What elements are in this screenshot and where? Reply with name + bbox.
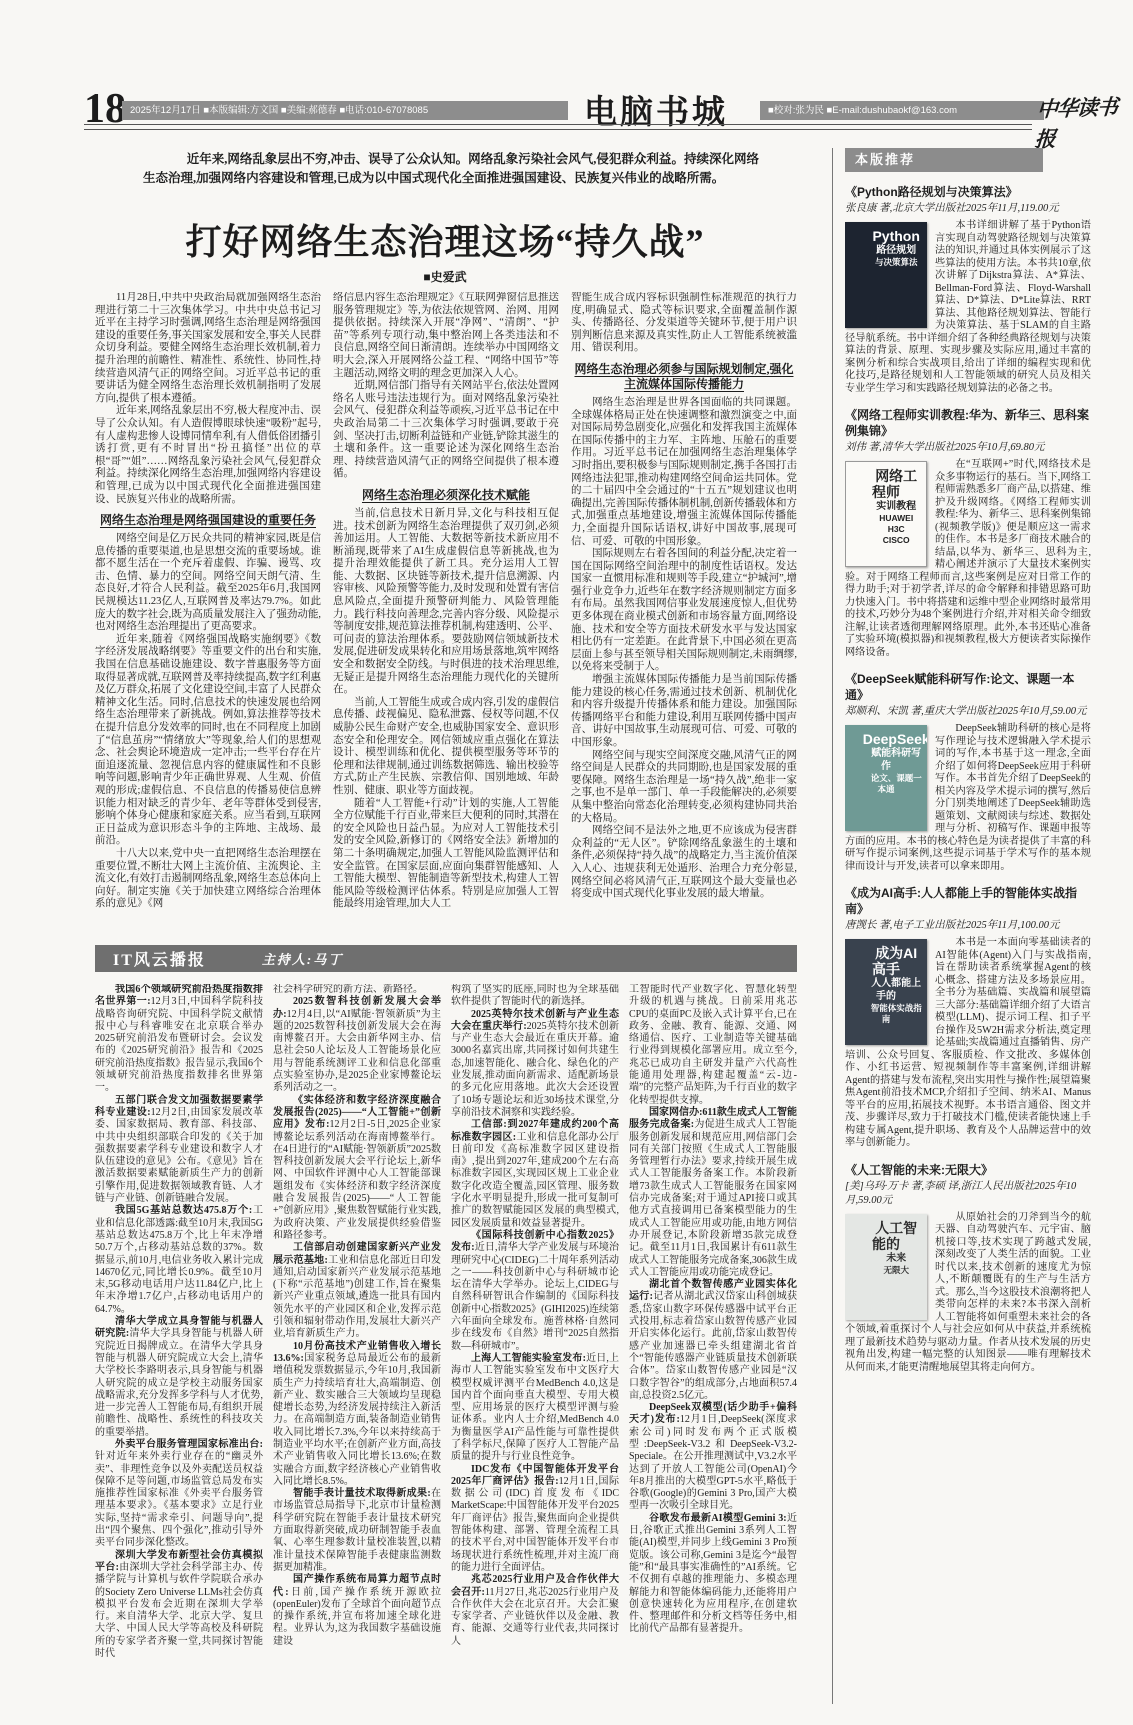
book-cover-text: 网络工程师: [850, 468, 922, 500]
news-item: 外卖平台服务管理国家标准出台:针对近年来外卖行业存在的“幽灵外卖”、非理性竞争以…: [95, 1439, 263, 1550]
book-cover: 人工智能的未来无限大: [845, 1214, 927, 1320]
book-entry: 《人工智能的未来:无限大》[美]乌玛·万卡 著,李硕 译,浙江人民出版社2025…: [845, 1162, 1091, 1375]
news-item-headline: 《国际科技创新中心指数2025》发布:: [451, 1230, 619, 1253]
news-item-headline: 我国5G基站总数达475.8万个:: [115, 1205, 252, 1216]
header-rule: [84, 124, 1032, 130]
news-item-headline: 2025英特尔技术创新与产业生态大会在重庆举行:: [451, 1009, 619, 1032]
book-cover-text: 未来: [866, 1252, 906, 1265]
book-cover-text: 无限大: [863, 1265, 909, 1276]
book-cover-text: 智能体实战指南: [849, 1003, 923, 1025]
book-cover-text: 实训教程: [856, 500, 916, 513]
news-item-headline: IDC发布《中国智能体开发平台2025年厂商评估》报告:: [451, 1464, 619, 1487]
news-item: 国家网信办:611款生成式人工智能服务完成备案:为促进生成式人工智能服务创新发展…: [629, 1107, 797, 1279]
article-section-heading: 网络生态治理必须参与国际规划制定,强化主流媒体国际传播能力: [571, 362, 797, 392]
book-title: 《Python路径规划与决策算法》: [845, 184, 1091, 200]
article-paragraph: 11月28日,中共中央政治局就加强网络生态治理进行第二十三次集体学习。中共中央总…: [95, 292, 321, 405]
news-item: 工信部启动创建国家新兴产业发展示范基地:工业和信息化部近日印发通知,启动国家新兴…: [273, 1242, 441, 1340]
news-item: 我国5G基站总数达475.8万个:工业和信息化部透露:截至10月末,我国5G基站…: [95, 1205, 263, 1316]
news-item: 智能手表计量技术取得新成果:在市场监管总局指导下,北京市计量检测科学研究院在智能…: [273, 1488, 441, 1574]
article-paragraph: 网络空间与现实空间深度交融,风清气正的网络空间是人民群众的共同期盼,也是国家发展…: [571, 750, 797, 826]
it-news-bar: IT风云播报 主持人:马丁: [95, 945, 797, 972]
news-item-headline: 智能手表计量技术取得新成果:: [293, 1488, 431, 1499]
news-item-headline: 谷歌发布最新AI模型Gemini 3:: [649, 1513, 787, 1524]
article-paragraph: 智能生成合成内容标识强制性标准规范的执行力度,明确显式、隐式等标识要求,全面覆盖…: [571, 292, 797, 355]
book-cover: Python路径规划与决策算法: [845, 222, 927, 328]
news-item: 清华大学成立具身智能与机器人研究院:清华大学具身智能与机器人研究院近日揭牌成立。…: [95, 1316, 263, 1439]
article-paragraph: 网络生态治理是世界各国面临的共同课题。全球媒体格局正处在快速调整和激烈演变之中,…: [571, 397, 797, 548]
article-column: 智能生成合成内容标识强制性标准规范的执行力度,明确显式、隐式等标识要求,全面覆盖…: [571, 292, 797, 940]
news-item: 深圳大学发布新型社会仿真模拟平台:由深圳大学社会科学部主办、传播学院与计算机与软…: [95, 1550, 263, 1661]
sidebar-header: 本版推荐: [845, 148, 1043, 172]
newspaper-page: 18 2025年12月17日 ■本版编辑:方文国 ■美编:郝德春 ■电话:010…: [0, 0, 1133, 1725]
book-entry: 《Python路径规划与决策算法》张良康 著,北京大学出版社2025年11月,1…: [845, 184, 1091, 395]
news-column: 工智能时代产业数字化、智慧化转型升级的机遇与挑战。日前采用兆芯CPU的桌面PC及…: [629, 984, 797, 1710]
book-title: 《DeepSeek赋能科研写作:论文、课题一本通》: [845, 671, 1091, 703]
news-item-headline: 我国6个领域研究前沿热度指数排名世界第一:: [95, 984, 263, 1007]
news-item: 2025数智科技创新发展大会举办:12月4日,以“AI赋能·智领新质”为主题的2…: [273, 996, 441, 1094]
book-cover-text: 与决策算法: [855, 257, 918, 268]
sidebar: 本版推荐 《Python路径规划与决策算法》张良康 著,北京大学出版社2025年…: [845, 148, 1091, 1708]
article-paragraph: 近年来,随着《网络强国战略实施纲要》《数字经济发展战略纲要》等重要文件的出台和实…: [95, 634, 321, 848]
article-paragraph: 国际规则左右着各国间的利益分配,决定着一国在国际网络空间治理中的制度性话语权。发…: [571, 548, 797, 674]
book-entry: 《成为AI高手:人人都能上手的智能体实战指南》唐觊长 著,电子工业出版社2025…: [845, 885, 1091, 1150]
news-item: 湖北首个数智传感产业园实体化运行:记者从湖北武汉岱家山科创城获悉,岱家山数字环保…: [629, 1279, 797, 1402]
book-title: 《人工智能的未来:无限大》: [845, 1162, 1091, 1178]
news-item: 我国6个领域研究前沿热度指数排名世界第一:12月3日,中国科学院科技战略咨询研究…: [95, 984, 263, 1095]
book-cover-text: CISCO: [862, 535, 909, 546]
article-paragraph: 随着“人工智能+行动”计划的实施,人工智能全方位赋能千行百业,带来巨大便利的同时…: [333, 798, 559, 911]
news-item-headline: 10月份高技术产业销售收入增长13.6%:: [273, 1341, 441, 1364]
news-item: DeepSeek双模型(话少助手+偏科天才)发布:12月1日,DeepSeek(…: [629, 1402, 797, 1513]
news-item: 兆芯2025行业用户及合作伙伴大会召开:11月27日,兆芯2025行业用户及合作…: [451, 1574, 619, 1648]
proof-email-bar: ■校对:张为民 ■E-mail:dushubaokf@163.com: [760, 101, 1044, 120]
book-cover-text: 论文、课题一本通: [849, 773, 923, 795]
news-item-headline: 湖北首个数智传感产业园实体化运行:: [629, 1279, 797, 1302]
article-column: 11月28日,中共中央政治局就加强网络生态治理进行第二十三次集体学习。中共中央总…: [95, 292, 321, 940]
book-publisher: [美]乌玛·万卡 著,李硕 译,浙江人民出版社2025年10月,59.00元: [845, 1180, 1091, 1208]
book-publisher: 刘伟 著,清华大学出版社2025年10月,69.80元: [845, 441, 1091, 455]
article-headline: 打好网络生态治理这场“持久战”: [90, 214, 800, 265]
book-cover-text: DeepSeek: [845, 731, 927, 747]
article-paragraph: 网络空间不是法外之地,更不应该成为侵害群众利益的“无人区”。铲除网络乱象滋生的土…: [571, 825, 797, 901]
book-cover-text: 成为AI高手: [849, 945, 923, 977]
article-section-heading: 网络生态治理必须深化技术赋能: [333, 488, 559, 503]
news-item: 《国际科技创新中心指数2025》发布:近日,清华大学产业发展与环境治理研究中心(…: [451, 1230, 619, 1353]
book-cover: DeepSeek赋能科研写作论文、课题一本通: [845, 725, 927, 831]
date-editor-bar: 2025年12月17日 ■本版编辑:方文国 ■美编:郝德春 ■电话:010-67…: [122, 101, 568, 120]
article-paragraph: 网络空间是亿万民众共同的精神家园,既是信息传播的重要渠道,也是思想交流的重要场域…: [95, 533, 321, 634]
book-publisher: 张良康 著,北京大学出版社2025年11月,119.00元: [845, 202, 1091, 216]
news-item: 2025英特尔技术创新与产业生态大会在重庆举行:2025英特尔技术创新与产业生态…: [451, 1009, 619, 1120]
news-item-headline: 国家网信办:611款生成式人工智能服务完成备案:: [629, 1107, 797, 1130]
it-news-host: 主持人:马丁: [262, 949, 343, 968]
article-section-heading: 网络生态治理是网络强国建设的重要任务: [95, 513, 321, 528]
news-item: 工信部:到2027年建成约200个高标准数字园区:工业和信息化部办公厅日前印发《…: [451, 1119, 619, 1230]
book-cover-text: 路径规划: [856, 244, 916, 257]
article-paragraph: 十八大以来,党中央一直把网络生态治理摆在重要位置,不断壮大网上主流价值、主流舆论…: [95, 848, 321, 911]
book-cover-text: H3C: [867, 524, 904, 535]
book-publisher: 唐觊长 著,电子工业出版社2025年11月,100.00元: [845, 919, 1091, 933]
news-item-headline: 《实体经济和数字经济深度融合发展报告(2025)——“人工智能+”创新应用》发布…: [273, 1095, 441, 1131]
article-paragraph: 近年来,网络乱象层出不穷,极大程度冲击、误导了公众认知。有人造假博眼球快速“吸粉…: [95, 405, 321, 506]
article-paragraph: 当前,人工智能生成或合成内容,引发的虚假信息传播、歧视偏见、隐私泄露、侵权等问题…: [333, 697, 559, 798]
book-description: 成为AI高手人人都能上手的智能体实战指南本书是一本面向零基础读者的AI智能体(A…: [845, 937, 1091, 1150]
news-item: 谷歌发布最新AI模型Gemini 3:近日,谷歌正式推出Gemini 3系列人工…: [629, 1513, 797, 1636]
news-item: 社会科学研究的新方法、新路径。: [273, 984, 441, 996]
book-list: 《Python路径规划与决策算法》张良康 著,北京大学出版社2025年11月,1…: [845, 184, 1091, 1374]
book-cover-text: 人人都能上手的: [849, 977, 923, 1003]
news-item-headline: 兆芯2025行业用户及合作伙伴大会召开:: [451, 1574, 619, 1597]
news-item-headline: 深圳大学发布新型社会仿真模拟平台:: [95, 1550, 263, 1573]
book-description: Python路径规划与决策算法本书详细讲解了基于Python语言实现自动驾驶路径…: [845, 220, 1091, 395]
book-cover: 成为AI高手人人都能上手的智能体实战指南: [845, 939, 927, 1045]
news-item: 工智能时代产业数字化、智慧化转型升级的机遇与挑战。日前采用兆芯CPU的桌面PC及…: [629, 984, 797, 1107]
book-entry: 《DeepSeek赋能科研写作:论文、课题一本通》郑顺利、宋凯 著,重庆大学出版…: [845, 671, 1091, 873]
book-publisher: 郑顺利、宋凯 著,重庆大学出版社2025年10月,59.00元: [845, 705, 1091, 719]
article-byline: ■史爱武: [90, 268, 800, 285]
news-column: 社会科学研究的新方法、新路径。2025数智科技创新发展大会举办:12月4日,以“…: [273, 984, 441, 1710]
news-columns: 我国6个领域研究前沿热度指数排名世界第一:12月3日,中国科学院科技战略咨询研究…: [95, 984, 797, 1710]
news-column: 我国6个领域研究前沿热度指数排名世界第一:12月3日,中国科学院科技战略咨询研究…: [95, 984, 263, 1710]
sidebar-divider: [832, 148, 833, 1704]
article-paragraph: 络信息内容生态治理规定》《互联网弹窗信息推送服务管理规定》等,为依法依规管网、治…: [333, 292, 559, 380]
book-entry: 《网络工程师实训教程:华为、新华三、思科案例集锦》刘伟 著,清华大学出版社202…: [845, 407, 1091, 659]
news-item-headline: 国产操作系统布局算力超节点时代:: [273, 1574, 441, 1597]
book-cover-text: HUAWEI: [859, 513, 913, 524]
book-cover-text: 赋能科研写作: [849, 747, 923, 773]
book-cover-text: 人工智能的: [849, 1220, 923, 1252]
article-paragraph: 近期,网信部门指导有关网站平台,依法处置网络名人账号违法违规行为。面对网络乱象污…: [333, 380, 559, 481]
news-item: 构筑了坚实的底座,同时也为全球基础软件提供了智能时代的新选择。: [451, 984, 619, 1009]
masthead-logo: 中华读书报: [1034, 90, 1133, 153]
news-item-headline: DeepSeek双模型(话少助手+偏科天才)发布:: [629, 1402, 797, 1425]
news-item-headline: 外卖平台服务管理国家标准出台:: [115, 1439, 263, 1450]
news-item: 10月份高技术产业销售收入增长13.6%:国家税务总局最近公布的最新增值税发票数…: [273, 1341, 441, 1489]
news-item: 五部门联合发文加强数据要素学科专业建设:12月2日,由国家发展改革委、国家数据局…: [95, 1095, 263, 1206]
it-news-title: IT风云播报: [113, 947, 206, 970]
news-item-headline: 工信部启动创建国家新兴产业发展示范基地:: [273, 1242, 441, 1265]
news-item: 《实体经济和数字经济深度融合发展报告(2025)——“人工智能+”创新应用》发布…: [273, 1095, 441, 1243]
news-item: IDC发布《中国智能体开发平台2025年厂商评估》报告:12月1日,国际数据公司…: [451, 1464, 619, 1575]
book-description: 网络工程师实训教程HUAWEIH3CCISCO在“互联网+”时代,网络技术是众多…: [845, 459, 1091, 659]
book-cover-text: Python: [852, 228, 920, 244]
news-item-headline: 2025数智科技创新发展大会举办:: [273, 996, 441, 1019]
book-description: 人工智能的未来无限大从原始社会的刀斧到当今的航天器、自动驾驶汽车、元宇宙、脑机接…: [845, 1212, 1091, 1375]
news-item: 国产操作系统布局算力超节点时代:日前,国产操作系统开源欧拉(openEuler)…: [273, 1574, 441, 1648]
news-column: 构筑了坚实的底座,同时也为全球基础软件提供了智能时代的新选择。2025英特尔技术…: [451, 984, 619, 1710]
article-paragraph: 增强主流媒体国际传播能力是当前国际传播能力建设的核心任务,需通过技术创新、机制优…: [571, 674, 797, 750]
book-description: DeepSeek赋能科研写作论文、课题一本通DeepSeek辅助科研的核心是将写…: [845, 723, 1091, 873]
book-title: 《成为AI高手:人人都能上手的智能体实战指南》: [845, 885, 1091, 917]
news-item-headline: 清华大学成立具身智能与机器人研究院:: [95, 1316, 263, 1339]
article-column: 络信息内容生态治理规定》《互联网弹窗信息推送服务管理规定》等,为依法依规管网、治…: [333, 292, 559, 940]
book-cover: 网络工程师实训教程HUAWEIH3CCISCO: [845, 461, 927, 567]
news-item-headline: 五部门联合发文加强数据要素学科专业建设:: [95, 1095, 263, 1118]
news-item: 上海人工智能实验室发布:近日,上海市人工智能实验室发布中文医疗大模型权威评测平台…: [451, 1353, 619, 1464]
book-title: 《网络工程师实训教程:华为、新华三、思科案例集锦》: [845, 407, 1091, 439]
lead-intro: 近年来,网络乱象层出不穷,冲击、误导了公众认知。网络乱象污染社会风气,侵犯群众利…: [143, 150, 759, 188]
article-columns: 11月28日,中共中央政治局就加强网络生态治理进行第二十三次集体学习。中共中央总…: [95, 292, 797, 940]
news-item-headline: 上海人工智能实验室发布:: [471, 1353, 586, 1364]
news-item-headline: 工信部:到2027年建成约200个高标准数字园区:: [451, 1119, 619, 1142]
article-paragraph: 当前,信息技术日新月异,文化与科技相互促进。技术创新为网络生态治理提供了双刃剑,…: [333, 508, 559, 697]
